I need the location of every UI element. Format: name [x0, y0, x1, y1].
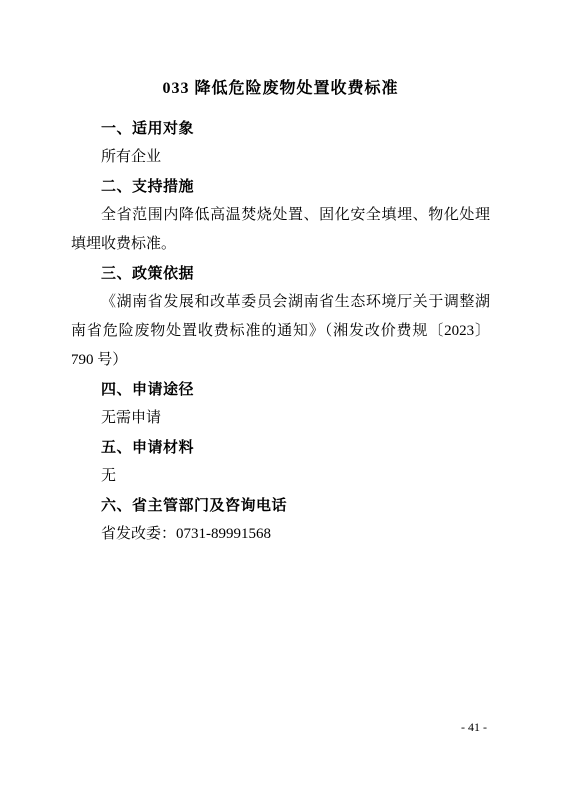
- section-policy-basis: 三、政策依据 《湖南省发展和改革委员会湖南省生态环境厅关于调整湖南省危险废物处置…: [71, 259, 490, 375]
- section-heading: 四、申请途径: [71, 375, 490, 404]
- page-number: - 41 -: [461, 719, 487, 735]
- section-body: 所有企业: [71, 143, 490, 172]
- section-heading: 一、适用对象: [71, 114, 490, 143]
- section-body: 《湖南省发展和改革委员会湖南省生态环境厅关于调整湖南省危险废物处置收费标准的通知…: [71, 288, 490, 375]
- section-heading: 六、省主管部门及咨询电话: [71, 491, 490, 520]
- section-body: 无需申请: [71, 404, 490, 433]
- page-title: 033 降低危险废物处置收费标准: [71, 78, 490, 100]
- section-heading: 二、支持措施: [71, 172, 490, 201]
- section-application-materials: 五、申请材料 无: [71, 433, 490, 491]
- section-application-channel: 四、申请途径 无需申请: [71, 375, 490, 433]
- section-body: 全省范围内降低高温焚烧处置、固化安全填埋、物化处理填埋收费标准。: [71, 201, 490, 259]
- section-support-measures: 二、支持措施 全省范围内降低高温焚烧处置、固化安全填埋、物化处理填埋收费标准。: [71, 172, 490, 259]
- section-heading: 三、政策依据: [71, 259, 490, 288]
- section-applicable-targets: 一、适用对象 所有企业: [71, 114, 490, 172]
- section-heading: 五、申请材料: [71, 433, 490, 462]
- section-body: 省发改委：0731-89991568: [71, 520, 490, 549]
- section-contact-info: 六、省主管部门及咨询电话 省发改委：0731-89991568: [71, 491, 490, 549]
- document-body: 033 降低危险废物处置收费标准 一、适用对象 所有企业 二、支持措施 全省范围…: [71, 78, 490, 549]
- document-page: 033 降低危险废物处置收费标准 一、适用对象 所有企业 二、支持措施 全省范围…: [0, 0, 561, 793]
- section-body: 无: [71, 462, 490, 491]
